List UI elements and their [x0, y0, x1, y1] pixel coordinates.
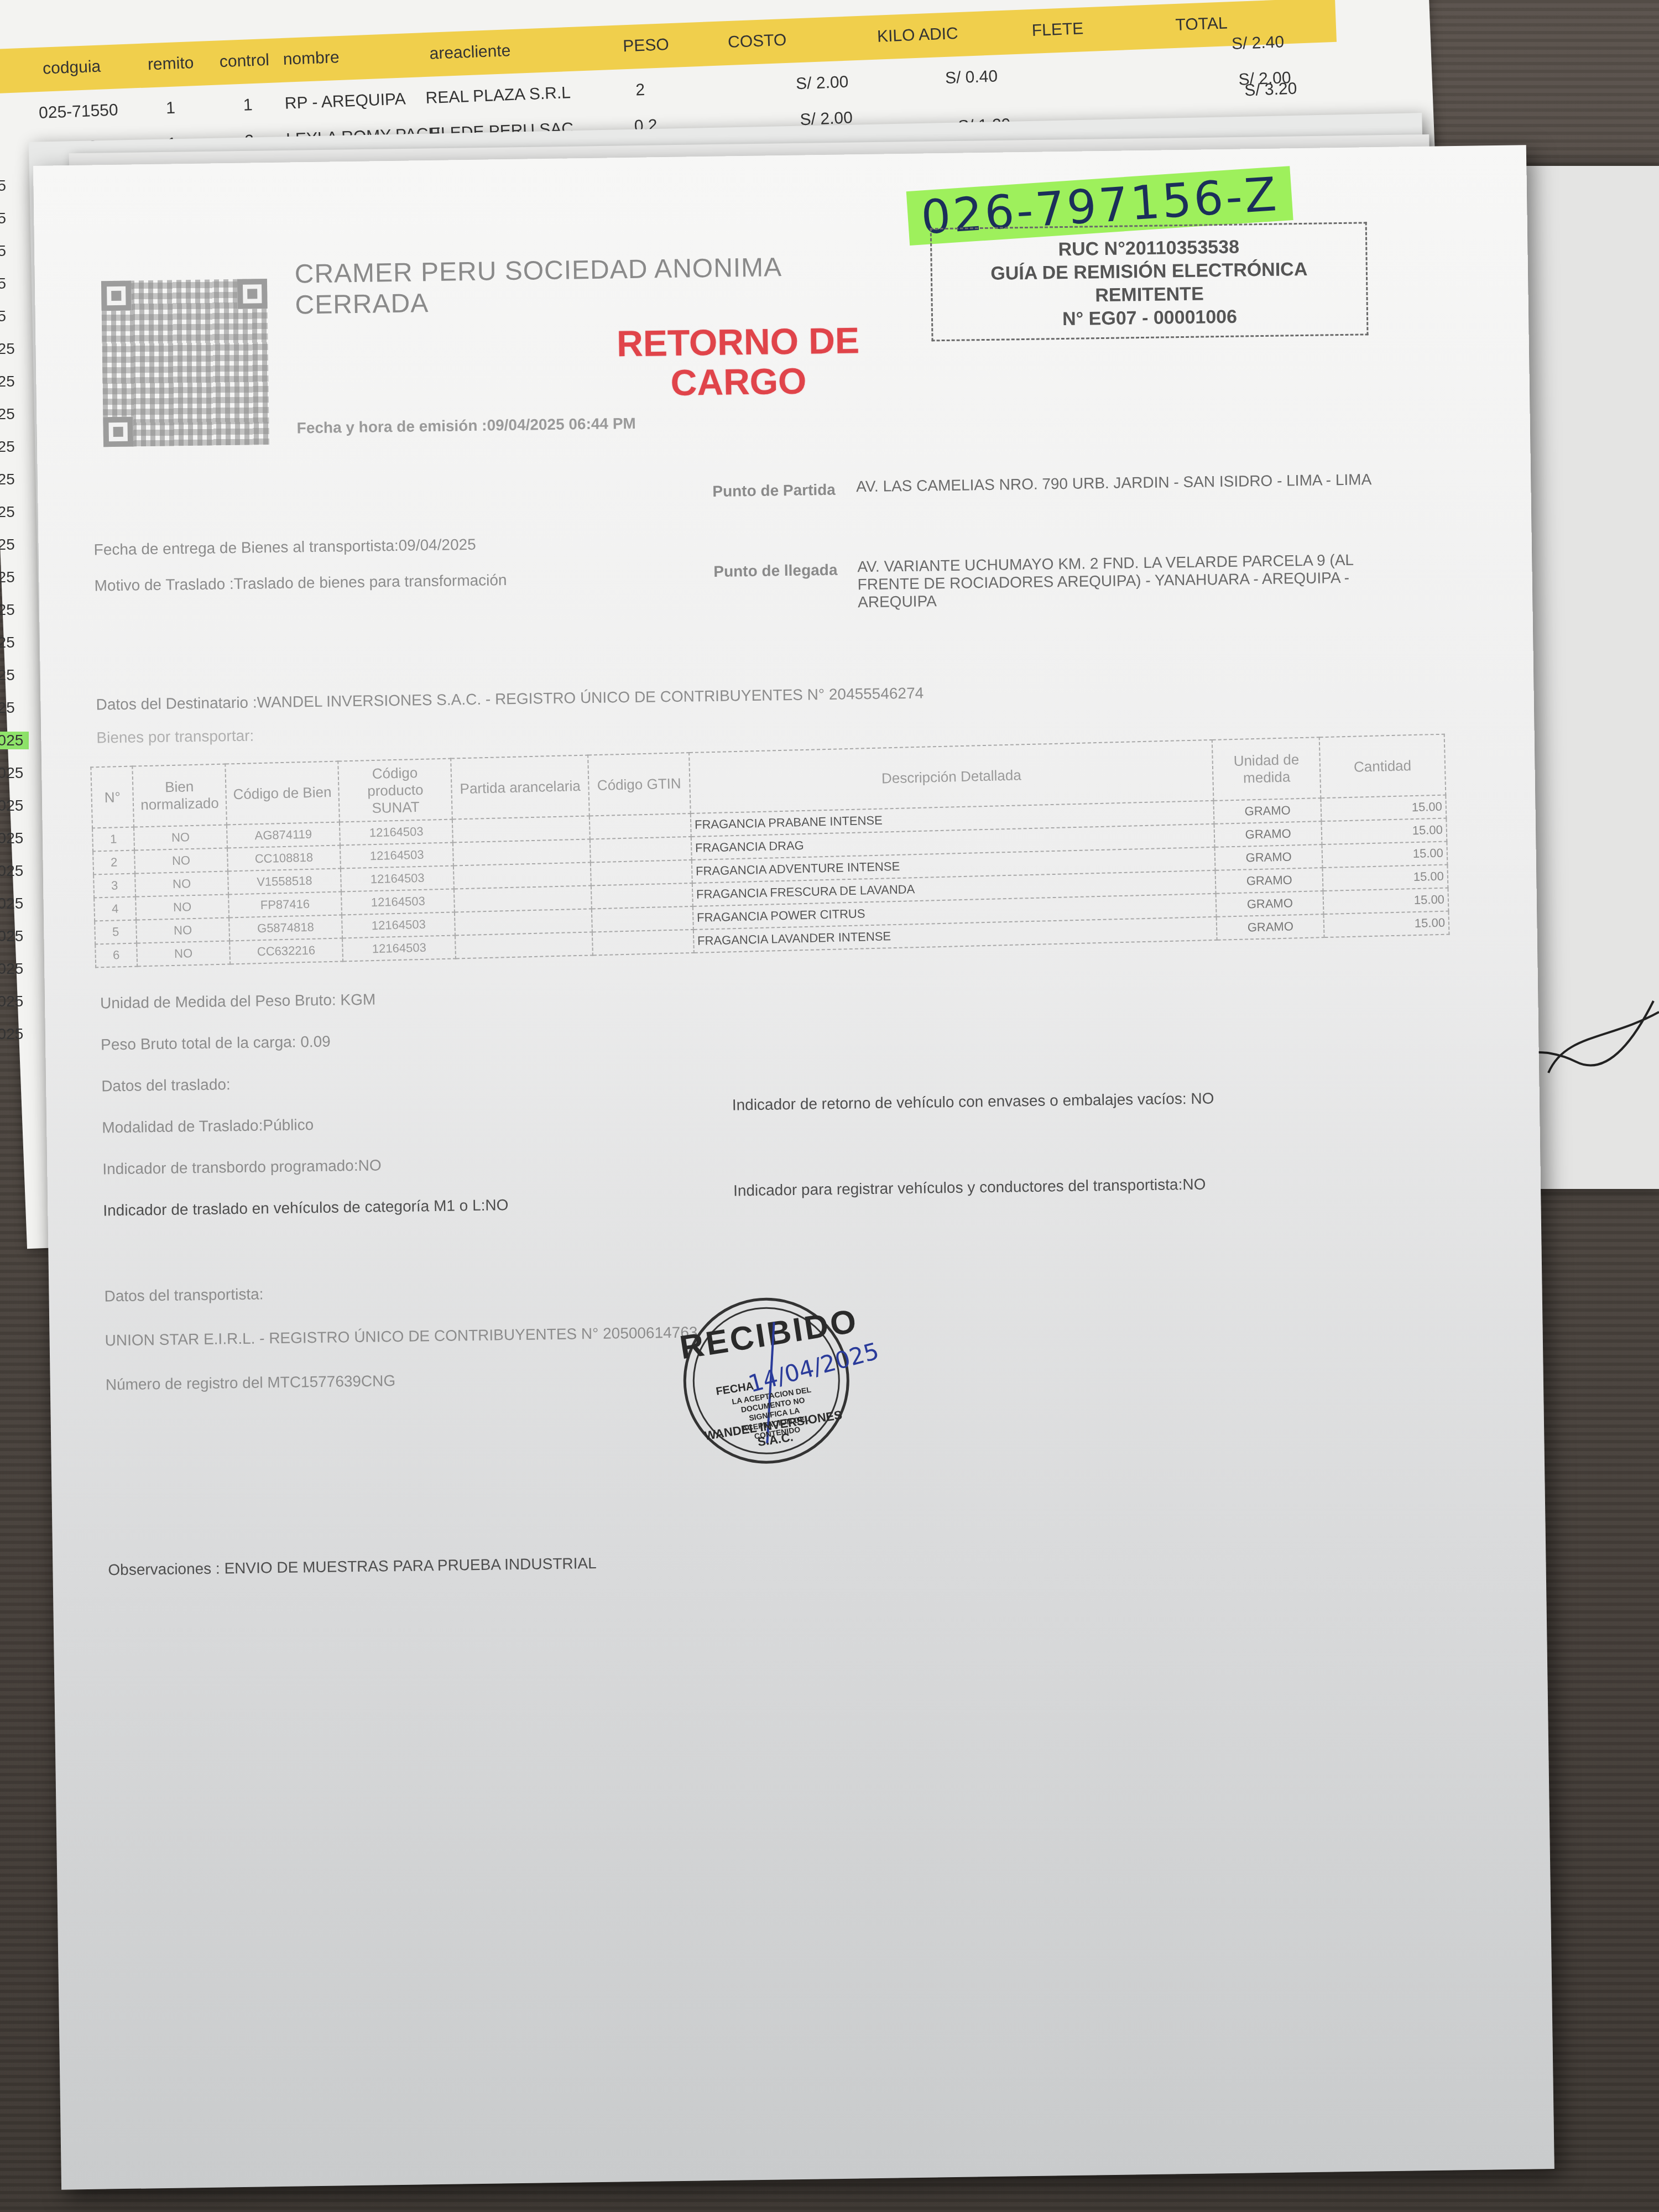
- cell-codigo-bien: CC108818: [227, 846, 341, 872]
- header-costo: COSTO: [728, 31, 787, 52]
- bienes-label: Bienes por transportar:: [96, 727, 254, 747]
- header-remito: remito: [147, 54, 194, 74]
- cell-normalizado: NO: [134, 848, 227, 874]
- cell-normalizado: NO: [135, 894, 228, 920]
- year-cell: 025: [0, 568, 15, 586]
- cell-normalizado: NO: [137, 941, 229, 966]
- year-cell: 25: [0, 177, 6, 195]
- year-cell: 25: [0, 307, 6, 325]
- cell-codigo-bien: FP87416: [228, 891, 342, 917]
- cell-costo: S/ 2.00: [796, 73, 849, 94]
- cell-unidad: GRAMO: [1215, 844, 1323, 870]
- punto-llegada-value: AV. VARIANTE UCHUMAYO KM. 2 FND. LA VELA…: [857, 551, 1389, 611]
- cell-cantidad: 15.00: [1324, 911, 1449, 938]
- cell-nombre: RP - AREQUIPA: [284, 90, 406, 113]
- cell-partida: [455, 932, 592, 958]
- cell-gtin: [591, 860, 692, 885]
- cell-cantidad: 15.00: [1321, 795, 1446, 822]
- datos-traslado-label: Datos del traslado:: [101, 1076, 231, 1095]
- cell-gtin: [589, 813, 691, 839]
- mtc-registro: Número de registro del MTC1577639CNG: [106, 1372, 396, 1394]
- year-cell: 2025: [0, 895, 23, 912]
- cell-kilo-adic: S/ 0.40: [945, 67, 998, 88]
- cell-n: 6: [95, 943, 137, 968]
- col-cantidad: Cantidad: [1319, 734, 1446, 798]
- header-peso: PESO: [623, 35, 670, 56]
- cell-n: 2: [93, 851, 135, 875]
- qr-finder-icon: [237, 279, 268, 309]
- cell-gtin: [591, 883, 693, 909]
- col-partida: Partida arancelaria: [451, 755, 589, 820]
- qr-code-icon: [101, 279, 269, 447]
- fecha-entrega: Fecha de entrega de Bienes al transporti…: [93, 536, 476, 559]
- year-cell: 025: [0, 536, 15, 554]
- cell-n: 3: [93, 874, 135, 898]
- cell-areacliente: REAL PLAZA S.R.L: [425, 84, 571, 108]
- year-cell: 25: [0, 242, 6, 260]
- cell-partida: [455, 909, 592, 935]
- year-cell: 2025: [0, 927, 23, 945]
- cell-n: 1: [92, 827, 134, 852]
- cell-cantidad: 15.00: [1321, 818, 1447, 845]
- cell-normalizado: NO: [136, 917, 229, 943]
- cell-codguia: 025-71550: [39, 101, 119, 122]
- year-cell: 025: [0, 699, 15, 717]
- year-cell: 2025: [0, 764, 23, 782]
- header-nombre: nombre: [283, 48, 340, 69]
- year-cell: 2025: [0, 960, 23, 978]
- cell-unidad: GRAMO: [1215, 868, 1323, 894]
- emission-datetime: Fecha y hora de emisión :09/04/2025 06:4…: [296, 415, 636, 437]
- guia-remision-document: 026-797156-Z CRAMER PERU SOCIEDAD ANONIM…: [33, 145, 1554, 2189]
- cell-gtin: [592, 930, 694, 955]
- col-unidad: Unidad de medida: [1212, 737, 1321, 801]
- cell-remito: 1: [165, 99, 175, 118]
- cell-sunat: 12164503: [342, 912, 455, 938]
- year-cell: 2025: [0, 797, 23, 815]
- year-cell: 025: [0, 471, 15, 488]
- cell-sunat: 12164503: [340, 820, 453, 846]
- cell-normalizado: NO: [134, 825, 227, 851]
- year-cell: 025: [0, 666, 15, 684]
- qr-finder-icon: [101, 281, 132, 311]
- cell-codigo-bien: G5874818: [229, 915, 342, 941]
- punto-partida-value: AV. LAS CAMELIAS NRO. 790 URB. JARDIN - …: [856, 471, 1387, 495]
- cell-sunat: 12164503: [341, 866, 454, 892]
- indicador-registrar: Indicador para registrar vehículos y con…: [733, 1176, 1206, 1200]
- cell-codigo-bien: CC632216: [229, 938, 343, 964]
- company-name: CRAMER PERU SOCIEDAD ANONIMA CERRADA: [294, 252, 792, 321]
- cell-codigo-bien: V1558518: [228, 868, 341, 894]
- year-cell: 025: [0, 373, 15, 390]
- cell-total: S/ 2.40: [1231, 33, 1284, 54]
- cell-partida: [452, 816, 589, 842]
- indicador-transbordo: Indicador de transbordo programado:NO: [102, 1156, 382, 1178]
- cell-sunat: 12164503: [340, 843, 453, 869]
- col-codigo-sunat: Código producto SUNAT: [338, 759, 452, 822]
- punto-partida-label: Punto de Partida: [712, 481, 836, 500]
- year-cell: 025: [0, 601, 15, 619]
- cell-partida: [453, 839, 590, 865]
- header-total: TOTAL: [1175, 14, 1228, 35]
- cell-control: 1: [243, 96, 253, 115]
- goods-table: N° Bien normalizado Código de Bien Códig…: [90, 734, 1449, 968]
- modalidad-traslado: Modalidad de Traslado:Público: [102, 1116, 314, 1136]
- year-cell: 025: [0, 340, 15, 358]
- ruc-box: RUC N°20110353538 GUÍA DE REMISIÓN ELECT…: [930, 222, 1369, 341]
- transportista: UNION STAR E.I.R.L. - REGISTRO ÚNICO DE …: [105, 1323, 697, 1349]
- cell-sunat: 12164503: [342, 935, 456, 961]
- col-bien-normalizado: Bien normalizado: [133, 764, 227, 827]
- col-n: N°: [91, 766, 134, 828]
- unidad-peso: Unidad de Medida del Peso Bruto: KGM: [100, 991, 375, 1013]
- indicador-retorno: Indicador de retorno de vehículo con env…: [732, 1089, 1214, 1114]
- punto-llegada-label: Punto de llegada: [713, 561, 837, 581]
- peso-bruto: Peso Bruto total de la carga: 0.09: [101, 1033, 331, 1054]
- header-codguia: codguia: [43, 58, 101, 79]
- cell-peso: 2: [635, 81, 645, 100]
- header-kilo-adic: KILO ADIC: [877, 24, 958, 46]
- header-control: control: [219, 51, 269, 71]
- col-codigo-bien: Código de Bien: [225, 761, 340, 825]
- header-flete: FLETE: [1031, 19, 1084, 40]
- year-cell: 025: [0, 405, 15, 423]
- cell-cantidad: 15.00: [1323, 888, 1449, 915]
- cell-gtin: [592, 906, 693, 932]
- cell-cantidad: 15.00: [1322, 842, 1448, 868]
- destinatario: Datos del Destinatario :WANDEL INVERSION…: [96, 685, 924, 714]
- cell-partida: [453, 862, 591, 889]
- year-cell: 25: [0, 210, 6, 227]
- datos-transportista-label: Datos del transportista:: [104, 1285, 263, 1305]
- qr-finder-icon: [103, 417, 133, 447]
- cell-unidad: GRAMO: [1214, 821, 1322, 847]
- year-cell: 025: [0, 438, 15, 456]
- year-cell: 025: [0, 503, 15, 521]
- year-cell: 2025: [0, 993, 23, 1010]
- retorno-de-cargo-stamp: RETORNO DE CARGO: [599, 320, 877, 404]
- cell-sunat: 12164503: [341, 889, 455, 915]
- header-areacliente: areacliente: [429, 41, 511, 64]
- year-cell: 2025: [0, 830, 23, 847]
- year-cell: 025: [0, 634, 15, 651]
- cell-codigo-bien: AG874119: [227, 822, 340, 848]
- year-cell: 25: [0, 275, 6, 293]
- indicador-m1: Indicador de traslado en vehículos de ca…: [103, 1196, 508, 1219]
- cell-n: 5: [95, 920, 137, 945]
- cell-total: S/ 3.20: [1244, 80, 1297, 101]
- cell-n: 4: [94, 897, 136, 921]
- cell-normalizado: NO: [135, 871, 228, 896]
- year-cell: 2025: [0, 1025, 23, 1043]
- observaciones: Observaciones : ENVIO DE MUESTRAS PARA P…: [108, 1554, 597, 1579]
- cell-cantidad: 15.00: [1323, 865, 1448, 891]
- col-gtin: Código GTIN: [588, 753, 691, 816]
- cell-unidad: GRAMO: [1216, 891, 1324, 917]
- cell-unidad: GRAMO: [1217, 914, 1324, 940]
- year-cell: 2025: [0, 732, 29, 749]
- cell-unidad: GRAMO: [1214, 798, 1322, 824]
- cell-partida: [454, 885, 591, 912]
- cell-gtin: [590, 837, 692, 862]
- year-cell: 2025: [0, 862, 23, 880]
- recibido-stamp: RECIBIDO FECHA 14/04/2025 LA ACEPTACION …: [672, 1286, 861, 1475]
- motivo-traslado: Motivo de Traslado :Traslado de bienes p…: [94, 571, 507, 594]
